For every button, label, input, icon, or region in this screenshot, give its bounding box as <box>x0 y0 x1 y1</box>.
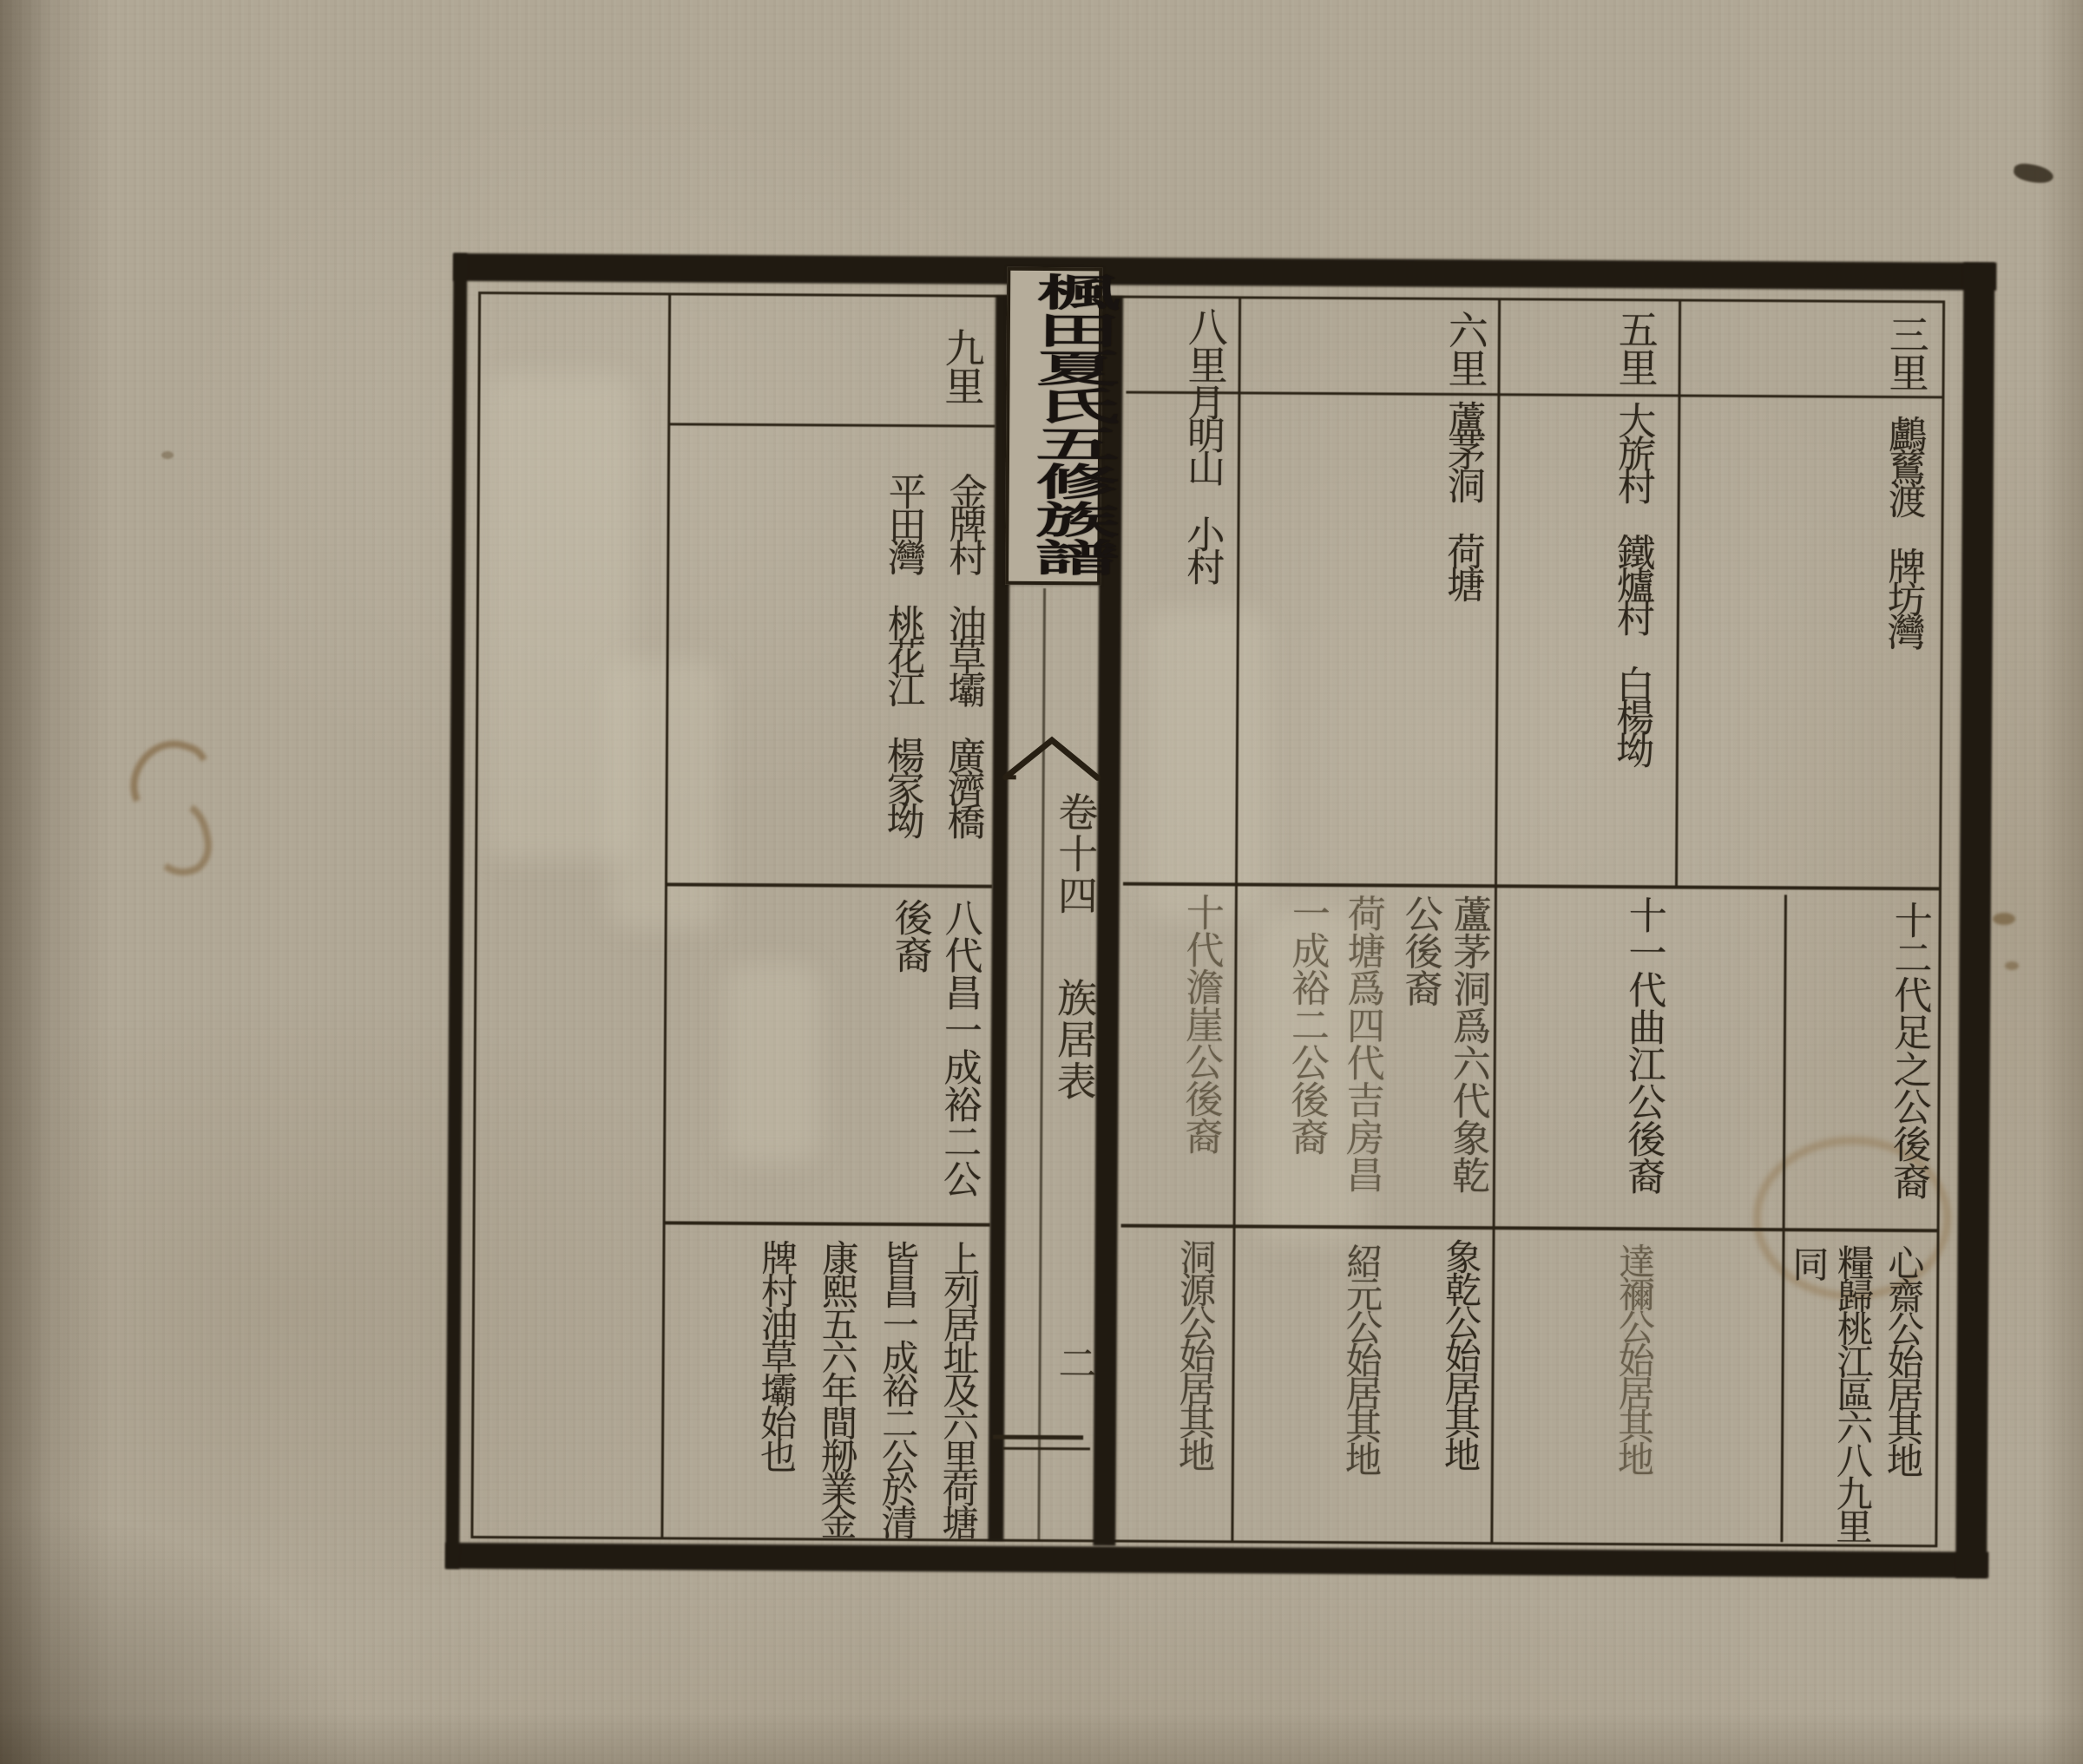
places-column: 平田灣 桃花江 楊家坳 <box>873 472 931 835</box>
table-grid-line <box>1123 882 1939 891</box>
table-grid-line <box>1121 1224 1937 1233</box>
lineage-column: 蘆茅洞爲六代象乾 <box>1439 895 1496 1193</box>
settlement-column: 康熙五六年間剙業金 <box>810 1239 864 1536</box>
frame-left <box>445 253 467 1569</box>
section-header: 五里 <box>1607 309 1666 385</box>
table-grid-line <box>1780 895 1787 1542</box>
fishtail-icon <box>1002 734 1101 784</box>
section-header: 六里 <box>1437 310 1495 386</box>
table-grid-line <box>667 423 995 427</box>
settlement-column: 心齋公始居其地 <box>1876 1244 1930 1475</box>
frame-right <box>1955 262 1994 1577</box>
table-grid-line <box>1231 297 1241 1540</box>
places-column: 月明山 小村 <box>1173 383 1230 580</box>
book-spread: 楓田夏氏五修族譜 卷十四 族居表 二 三里 鸕鶿渡 牌坊灣 十二代足之公後裔 心… <box>0 0 2083 1764</box>
table-grid-line <box>660 293 671 1537</box>
settlement-column: 洞源公始居其地 <box>1168 1238 1222 1469</box>
book-title: 楓田夏氏五修族譜 <box>1011 272 1132 576</box>
lineage-column: 荷塘爲四代吉房昌 <box>1333 894 1390 1192</box>
table-grid-line <box>1126 391 1942 399</box>
frame-inner-line <box>470 292 481 1538</box>
section-header: 九里 <box>933 327 991 403</box>
settlement-column: 紹元公始居其地 <box>1335 1243 1389 1473</box>
places-column: 大旂村 鐵爐村 白楊坳 <box>1603 401 1661 764</box>
lineage-column: 十一代曲江公後裔 <box>1614 895 1672 1194</box>
lineage-column: 後裔 <box>881 898 937 973</box>
lineage-column: 十代澹崖公後裔 <box>1172 893 1229 1154</box>
frame-top <box>453 253 1996 291</box>
table-grid-line <box>665 882 992 888</box>
spine-rule <box>993 1435 1083 1440</box>
table-grid-line <box>1675 299 1681 887</box>
spine-rule <box>1003 1447 1090 1451</box>
print-frame-layer <box>0 0 2083 1764</box>
page-number: 二 <box>1045 1343 1101 1381</box>
section-label: 族居表 <box>1045 977 1103 1102</box>
lineage-column: 公後裔 <box>1391 894 1448 1006</box>
volume-label: 卷十四 <box>1047 791 1105 916</box>
settlement-column: 上列居址及六里荷塘 <box>931 1240 985 1537</box>
settlement-column: 象乾公始居其地 <box>1434 1238 1488 1469</box>
settlement-column: 皆昌一成裕二公於清 <box>871 1240 924 1537</box>
table-grid-line <box>663 1221 990 1226</box>
spine-divider-line <box>1037 588 1046 1541</box>
frame-inner-line <box>478 292 1945 303</box>
section-header: 八里 <box>1177 306 1235 383</box>
places-column: 金牌村 油草壩 廣濟橋 <box>934 472 992 835</box>
lineage-column: 十二代足之公後裔 <box>1880 901 1937 1199</box>
settlement-column: 達禰公始居其地 <box>1607 1243 1661 1473</box>
settlement-column: 糧歸桃江區六八九里 <box>1825 1244 1879 1541</box>
scanned-genealogy-page: 楓田夏氏五修族譜 卷十四 族居表 二 三里 鸕鶿渡 牌坊灣 十二代足之公後裔 心… <box>0 0 2083 1764</box>
settlement-column: 牌村油草壩始也 <box>750 1239 804 1470</box>
lineage-column: 八代昌一成裕二公 <box>930 898 988 1197</box>
lineage-column: 一成裕二公後裔 <box>1278 894 1335 1155</box>
places-column: 鸕鶿渡 牌坊灣 <box>1875 415 1932 646</box>
settlement-column: 同 <box>1782 1245 1834 1278</box>
frame-bottom <box>445 1543 1988 1578</box>
section-header: 三里 <box>1877 314 1935 390</box>
places-column: 蘆茅洞 荷塘 <box>1434 400 1490 598</box>
